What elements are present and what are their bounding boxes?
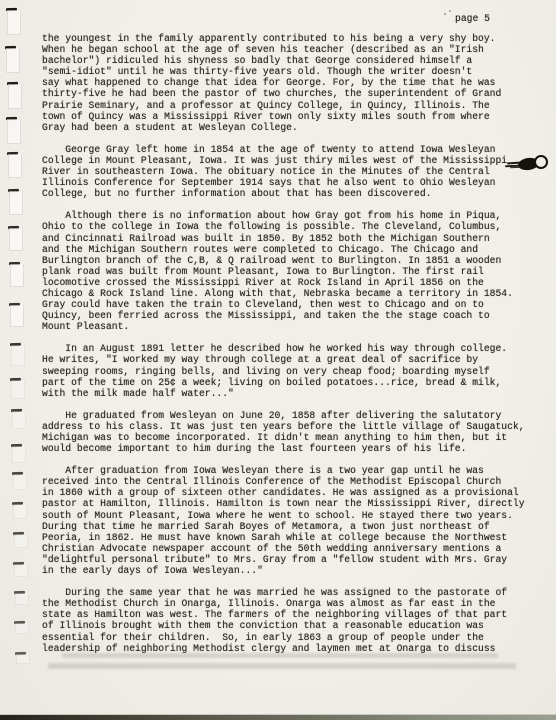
binding-hole-ghost (11, 345, 25, 366)
bleed-through-text (62, 653, 498, 658)
binding-hole-ghost (15, 623, 29, 634)
binding-hole-ghost (9, 191, 23, 215)
binding-hole-ghost (10, 305, 24, 327)
binding-hole-ghost (11, 380, 25, 399)
binding-hole-ghost (7, 119, 21, 144)
paragraph: the youngest in the family apparently co… (42, 33, 540, 133)
paragraph: After graduation from Iowa Wesleyan ther… (42, 465, 540, 576)
scanned-document-page: page 5 the youngest in the family appare… (0, 0, 556, 720)
binding-hole-ghost (13, 474, 27, 490)
paragraph: Although there is no information about h… (42, 210, 540, 332)
paragraph: In an August 1891 letter he described ho… (42, 343, 540, 398)
binding-hole-ghost (14, 564, 28, 577)
scan-bottom-edge (0, 714, 556, 720)
binding-hole-ghost (14, 534, 28, 548)
page-number: page 5 (455, 13, 490, 24)
binding-hole-ghost (7, 10, 21, 35)
binding-hole-ghost (8, 84, 22, 109)
binding-hole-ghost (15, 593, 29, 605)
binding-hole-ghost (6, 48, 20, 73)
binding-hole-ghost (8, 154, 22, 178)
document-text-block: the youngest in the family apparently co… (42, 33, 540, 665)
binding-hole-ghost (13, 504, 27, 519)
ink-smudge (505, 153, 553, 175)
bleed-through-text (48, 663, 516, 669)
binding-hole-ghost (10, 264, 24, 287)
paper-speck (449, 10, 451, 12)
paper-speck (444, 13, 446, 15)
binding-hole-ghost (12, 446, 26, 463)
binding-hole-ghost (12, 411, 26, 429)
paragraph: George Gray left home in 1854 at the age… (42, 144, 540, 199)
paragraph: He graduated from Wesleyan on June 20, 1… (42, 410, 540, 454)
ink-smudge-ring (534, 155, 548, 169)
binding-hole-ghost (16, 654, 30, 664)
binding-hole-ghost (9, 228, 23, 251)
paragraph: During the same year that he was married… (42, 587, 540, 654)
